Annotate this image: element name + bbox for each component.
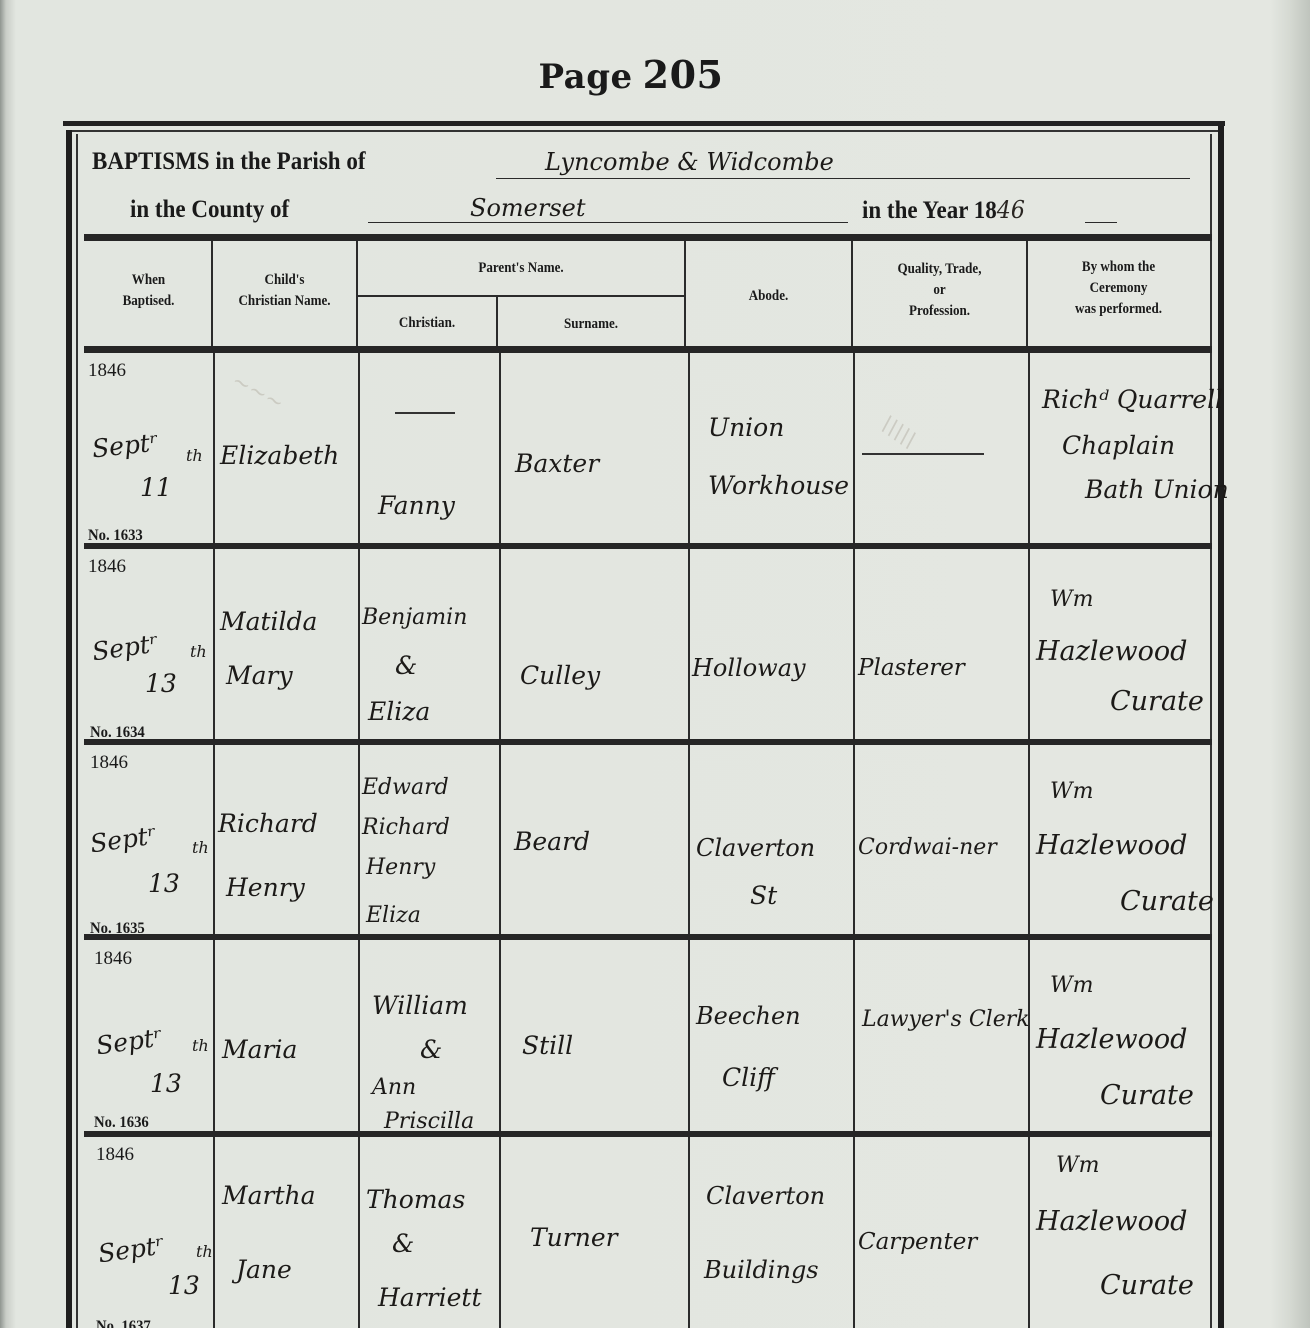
- frame-top-border: [63, 121, 1225, 126]
- entry-day: 13: [148, 868, 180, 900]
- county-name: Somerset: [470, 192, 586, 224]
- officiant-line: Curate: [1100, 1080, 1194, 1112]
- header-top-rule: [84, 234, 1212, 241]
- entry-number: No. 1633: [88, 527, 143, 545]
- officiant-line: Wm: [1056, 1150, 1099, 1182]
- frame-right-border: [1218, 126, 1224, 1328]
- abode-line: Beechen: [696, 1000, 801, 1032]
- column-header-parents: Parent's Name.: [373, 258, 668, 279]
- register-page: Page205 BAPTISMS in the Parish of Lyncom…: [0, 0, 1310, 1328]
- entry-day-suffix: th: [196, 1236, 213, 1268]
- header-bottom-rule: [84, 346, 1212, 353]
- abode-line: Workhouse: [708, 470, 849, 502]
- entry-month: Septʳ: [94, 1022, 164, 1063]
- county-line: in the County of: [130, 196, 289, 224]
- entry-number: No. 1637: [96, 1318, 151, 1328]
- officiant-line: Curate: [1100, 1270, 1194, 1302]
- officiant-line: Bath Union: [1085, 474, 1229, 506]
- parent-christian-name: &: [395, 650, 417, 682]
- child-name: Mary: [226, 660, 293, 692]
- page-number-heading: Page205: [0, 52, 1262, 97]
- frame-left-inner-border: [76, 134, 78, 1328]
- entry-year: 1846: [88, 556, 126, 578]
- officiant-line: Hazlewood: [1036, 1024, 1187, 1056]
- entry-day: 11: [140, 472, 172, 504]
- column-header-parent-christian: Christian.: [364, 313, 490, 334]
- parent-surname: Baxter: [515, 448, 599, 480]
- page-number: 205: [643, 52, 724, 97]
- entry-number: No. 1635: [90, 920, 145, 938]
- column-divider: [358, 353, 360, 1328]
- entry-day-suffix: th: [186, 440, 203, 472]
- entry-month: Septʳ: [96, 1230, 166, 1271]
- child-name: Maria: [222, 1034, 297, 1066]
- quality-profession: Carpenter: [858, 1226, 977, 1258]
- officiant-line: Wm: [1050, 970, 1093, 1002]
- column-divider: [499, 353, 501, 1328]
- parents-divider: [357, 295, 685, 297]
- abode-line: Union: [708, 412, 784, 444]
- row-separator: [84, 739, 1212, 745]
- child-name: Elizabeth: [220, 440, 339, 472]
- child-name: Matilda: [220, 606, 317, 638]
- parent-christian-name: Fanny: [378, 490, 455, 522]
- parent-christian-name: Ann: [372, 1072, 416, 1104]
- parent-christian-name: &: [392, 1228, 414, 1260]
- abode-line: Buildings: [704, 1254, 819, 1286]
- year-printed: 18: [974, 197, 997, 224]
- officiant-line: Hazlewood: [1036, 830, 1187, 862]
- column-divider: [213, 353, 215, 1328]
- register-title: BAPTISMS in the Parish of: [92, 148, 365, 176]
- parent-surname: Culley: [520, 660, 600, 692]
- entry-number: No. 1636: [94, 1114, 149, 1132]
- child-name: Richard: [218, 808, 318, 840]
- entry-year: 1846: [88, 360, 126, 382]
- abode-line: St: [750, 880, 777, 912]
- officiant-line: Hazlewood: [1036, 1206, 1187, 1238]
- row-separator: [84, 543, 1212, 549]
- year-fill-line: [1085, 222, 1117, 223]
- parent-christian-name: Eliza: [366, 900, 421, 932]
- abode-line: Claverton: [696, 832, 815, 864]
- parent-christian-name: Harriett: [378, 1282, 482, 1314]
- child-name: Jane: [236, 1254, 292, 1286]
- quality-profession: Lawyer's Clerk: [862, 1004, 1030, 1036]
- officiant-line: Wm: [1050, 584, 1093, 616]
- column-header-child: Child's Christian Name.: [219, 270, 350, 312]
- year-prefix: in the Year: [862, 197, 968, 224]
- officiant-line: Curate: [1120, 886, 1214, 918]
- abode-line: Cliff: [722, 1062, 775, 1094]
- quality-profession: Cordwai-ner: [858, 832, 997, 864]
- parent-surname: Still: [522, 1030, 573, 1062]
- year-line: in the Year 1846: [862, 196, 1025, 225]
- frame-right-inner-border: [1210, 134, 1212, 1328]
- officiant-line: Chaplain: [1062, 430, 1175, 462]
- header-divider: [1026, 241, 1028, 346]
- county-prefix: in the County of: [130, 196, 289, 223]
- entry-day-suffix: th: [192, 1030, 209, 1062]
- row-separator: [84, 1131, 1212, 1137]
- bleed-through-mark: \\\\\: [876, 412, 921, 454]
- header-divider: [356, 241, 358, 346]
- officiant-line: Curate: [1110, 686, 1204, 718]
- header-divider: [211, 241, 213, 346]
- entry-month: Septʳ: [91, 427, 161, 466]
- entry-year: 1846: [90, 752, 128, 774]
- row-separator: [84, 934, 1212, 940]
- quality-profession: Plasterer: [858, 652, 965, 684]
- county-fill-line: [368, 222, 848, 223]
- parent-christian-name: Richard: [362, 812, 450, 844]
- child-name: Henry: [226, 872, 305, 904]
- entry-day-suffix: th: [190, 636, 207, 668]
- entry-year: 1846: [96, 1144, 134, 1166]
- parent-surname: Turner: [530, 1222, 618, 1254]
- column-divider: [688, 353, 690, 1328]
- column-header-when: When Baptised.: [91, 270, 205, 312]
- entry-day: 13: [168, 1270, 200, 1302]
- header-divider: [684, 241, 686, 346]
- entry-number: No. 1634: [90, 724, 145, 742]
- frame-top-inner-border: [72, 130, 1220, 132]
- officiant-line: Hazlewood: [1036, 636, 1187, 668]
- header-divider: [851, 241, 853, 346]
- header-divider: [496, 296, 498, 346]
- title-prefix: BAPTISMS in the Parish of: [92, 148, 365, 175]
- abode-line: Holloway: [692, 652, 806, 684]
- officiant-line: Wm: [1050, 776, 1093, 808]
- column-divider: [853, 353, 855, 1328]
- entry-month: Septʳ: [90, 628, 160, 669]
- column-header-by-whom: By whom the Ceremony was performed.: [1036, 257, 1201, 320]
- quality-blank-dash: [862, 453, 984, 455]
- parish-name: Lyncombe & Widcombe: [545, 146, 834, 178]
- child-name: Martha: [222, 1180, 316, 1212]
- parent-surname: Beard: [514, 826, 590, 858]
- entry-month: Septʳ: [88, 820, 158, 861]
- entry-day-suffix: th: [192, 832, 209, 864]
- column-divider: [1028, 353, 1030, 1328]
- parent-christian-name: William: [372, 990, 468, 1022]
- column-header-quality: Quality, Trade, or Profession.: [861, 259, 1019, 322]
- abode-line: Claverton: [706, 1180, 825, 1212]
- parent-christian-name: Priscilla: [384, 1106, 474, 1138]
- parent-christian-name: Henry: [366, 852, 435, 884]
- entry-day: 13: [150, 1068, 182, 1100]
- parent-christian-name: Eliza: [368, 696, 430, 728]
- parent-christian-name: Thomas: [366, 1184, 465, 1216]
- page-label: Page: [539, 57, 633, 97]
- year-handwritten: 46: [997, 196, 1025, 224]
- column-header-abode: Abode.: [693, 286, 843, 307]
- parent-christian-name: Benjamin: [362, 602, 467, 634]
- blank-dash: [395, 412, 455, 414]
- bleed-through-mark: ~~~: [227, 368, 288, 416]
- entry-day: 13: [145, 668, 177, 700]
- parish-fill-line: [496, 178, 1190, 179]
- column-header-parent-surname: Surname.: [506, 314, 675, 335]
- parent-christian-name: Edward: [362, 772, 449, 804]
- entry-year: 1846: [94, 948, 132, 970]
- parent-christian-name: &: [420, 1034, 442, 1066]
- officiant-line: Richᵈ Quarrell: [1042, 384, 1223, 416]
- frame-left-border: [66, 130, 72, 1328]
